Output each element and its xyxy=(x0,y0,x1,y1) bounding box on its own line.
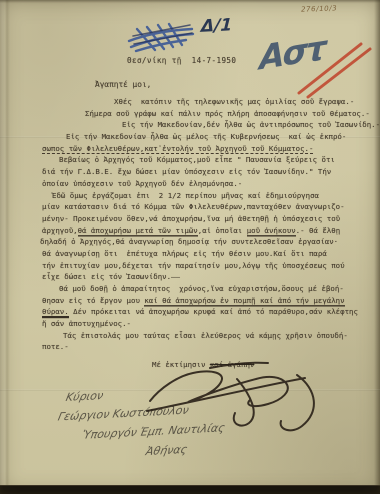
letter-line: ἀρχηγοῦ,θά ἀποχωρήσω μετά τῶν τιμῶν,αἱ ὁ… xyxy=(42,225,380,237)
routing-mark: Δ/1 xyxy=(200,15,232,37)
text-segment: μοῦ ἀνήκουν xyxy=(247,226,296,235)
letter-line: ἤ σάν ἀποτυχημένος.- xyxy=(42,318,380,330)
text-segment: καί ἀγάπην xyxy=(210,360,255,369)
text-segment: Δέν πρόκειται νά ἀποχωρήσω κρυφά καί ἀπό… xyxy=(69,307,358,316)
text-segment: Θά μοῦ δοθῇ ὁ ἀπαραίτητος χρόνος,ἵνα εὐχ… xyxy=(59,284,344,293)
letter-line: Σήμερα σοῦ γράφω καί πάλιν πρός πλήρη ἀπ… xyxy=(85,108,380,120)
letter-line: θά ἀναγνωρίσῃ ὅτι ἐπέτυχα πλήρως εἰς τήν… xyxy=(42,248,380,260)
text-segment: θύραν. xyxy=(42,307,69,316)
salutation: Ἀγαπητέ μοι, xyxy=(95,80,151,89)
letter-line: εἶχε δώσει εἰς τόν Ἰασωνίδην.—— xyxy=(42,271,380,283)
text-segment: δηλαδή ὁ Ἀρχηγός,θά ἀναγνωρίσῃ δημοσίᾳ τ… xyxy=(40,237,338,246)
letter-line: τήν ἐπιτυχίαν μου,δέχεται τήν παραίτησίν… xyxy=(42,260,380,272)
text-segment: Εἰς τήν Μακεδονίαν,δέν ἦλθα ὡς ἀντιπρόσω… xyxy=(122,120,380,129)
letter-line: θησαν εἰς τό ἔργον μου καί θά ἀποχωρήσω … xyxy=(42,295,380,307)
fold-crease xyxy=(0,389,380,391)
text-segment: Βεβαίως ὁ Ἀρχηγός τοῦ Κόμματος,μοῦ εἶπε … xyxy=(59,155,335,164)
text-segment: Σήμερα σοῦ γράφω καί πάλιν πρός πλήρη ἀπ… xyxy=(85,109,370,118)
text-segment: ἤ σάν ἀποτυχημένος.- xyxy=(42,319,131,328)
address-line-recipient-office: Ὑπουργόν Ἐμπ. Ναυτιλίας xyxy=(81,421,226,442)
cancelled-stamp-crosslines xyxy=(133,25,192,44)
letter-line: Χθές κατόπιν τῆς τηλεφωνικῆς μας ὁμιλίας… xyxy=(114,96,380,108)
text-segment: μίαν κατάστασιν διά τό Κόμμα τῶν Φιλελευ… xyxy=(42,202,345,211)
letter-line: ὁποίαν ὑπόσχεσιν τοῦ Ἀρχηγοῦ δέν ἐλησμόν… xyxy=(42,178,380,190)
signature-scrawl xyxy=(147,363,314,431)
letter-line: ποτε.- xyxy=(42,341,380,353)
text-segment: τήν ἐπιτυχίαν μου,δέχεται τήν παραίτησίν… xyxy=(42,261,345,270)
letter-line: Βεβαίως ὁ Ἀρχηγός τοῦ Κόμματος,μοῦ εἶπε … xyxy=(59,154,380,166)
closing-valediction: Μέ ἐκτίμησιν καί ἀγάπην xyxy=(152,360,254,369)
letter-line: διά τήν Γ.Δ.Β.Ε. ἔχω δώσει μίαν ὑπόσχεσι… xyxy=(42,166,380,178)
address-line-city: Ἀθήνας xyxy=(145,443,189,458)
dateline: Θεσ/νίκη τῇ 14-7-1950 xyxy=(127,56,236,65)
text-segment: μένην- Προκειμένου ὅθεν,νά ἀποχωρήσω,ἵνα… xyxy=(42,214,340,223)
scan-edge-band xyxy=(0,485,380,494)
text-segment: Μέ ἐκτίμησιν xyxy=(152,360,210,369)
letter-line: μίαν κατάστασιν διά τό Κόμμα τῶν Φιλελευ… xyxy=(42,201,380,213)
letter-line: Ἐδῶ ὅμως ἐργάζομαι ἐπι 2 1/2 περίπου μῆν… xyxy=(52,190,380,202)
text-segment: Ἐδῶ ὅμως ἐργάζομαι ἐπι 2 1/2 περίπου μῆν… xyxy=(52,191,319,200)
paper-top-edge xyxy=(0,0,380,3)
approval-initials: Αστ xyxy=(259,28,325,78)
text-segment: διά τήν Γ.Δ.Β.Ε. ἔχω δώσει μίαν ὑπόσχεσι… xyxy=(42,167,331,176)
letter-line: Εἰς τήν Μακεδονίαν,δέν ἦλθα ὡς ἀντιπρόσω… xyxy=(122,119,380,131)
text-segment: Χθές κατόπιν τῆς τηλεφωνικῆς μας ὁμιλίας… xyxy=(114,97,354,106)
text-segment: καί θά ἀποχωρήσω ἐν πομπῇ καί ἀπό τήν με… xyxy=(144,296,344,305)
letter-line: σωπος τῶν Φιλελευθέρων,κατ᾽ἐντολήν τοῦ Ἀ… xyxy=(42,143,380,155)
text-segment: θά ἀναγνωρίσῃ ὅτι ἐπέτυχα πλήρως εἰς τήν… xyxy=(42,249,327,258)
scanned-letter-page: 276/10/3 Δ/1 Αστ Θεσ/νίκη τῇ 14-7-1950 Ἀ… xyxy=(0,0,380,494)
address-line-recipient-name: Γεώργιον Κωστόπουλον xyxy=(57,403,190,423)
letter-line: δηλαδή ὁ Ἀρχηγός,θά ἀναγνωρίσῃ δημοσίᾳ τ… xyxy=(40,236,380,248)
text-segment: .- Θά ἔλθῃ xyxy=(296,226,341,235)
text-segment: ἀρχηγοῦ, xyxy=(42,226,78,235)
address-line-recipient-title: Κύριον xyxy=(65,389,105,404)
text-segment: ὁποίαν ὑπόσχεσιν τοῦ Ἀρχηγοῦ δέν ἐλησμόν… xyxy=(42,179,242,188)
text-segment: σωπος τῶν Φιλελευθέρων,κατ᾽ἐντολήν τοῦ Ἀ… xyxy=(42,144,313,155)
cancelled-stamp-scribble xyxy=(129,24,193,51)
text-segment: ,αἱ ὁποῖαι xyxy=(198,226,247,235)
archive-number: 276/10/3 xyxy=(301,4,338,13)
letter-line: μένην- Προκειμένου ὅθεν,νά ἀποχωρήσω,ἵνα… xyxy=(42,213,380,225)
letter-line: Εἰς τήν Μακεδονίαν ἦλθα ὡς μέλος τῆς Κυβ… xyxy=(66,131,380,143)
text-segment: ποτε.- xyxy=(42,342,69,351)
text-segment: θά ἀποχωρήσω μετά τῶν τιμῶν xyxy=(78,226,198,235)
text-segment: Τάς ἐπιστολάς μου ταύτας εἶσαι ἐλεύθερος… xyxy=(63,331,348,340)
text-segment: θησαν εἰς τό ἔργον μου xyxy=(42,296,144,305)
text-segment: εἶχε δώσει εἰς τόν Ἰασωνίδην.—— xyxy=(42,272,180,281)
letter-line: Θά μοῦ δοθῇ ὁ ἀπαραίτητος χρόνος,ἵνα εὐχ… xyxy=(59,283,380,295)
text-segment: Εἰς τήν Μακεδονίαν ἦλθα ὡς μέλος τῆς Κυβ… xyxy=(66,132,346,141)
letter-line: Τάς ἐπιστολάς μου ταύτας εἶσαι ἐλεύθερος… xyxy=(63,330,380,342)
letter-body: Χθές κατόπιν τῆς τηλεφωνικῆς μας ὁμιλίας… xyxy=(0,96,380,353)
letter-line: θύραν. Δέν πρόκειται νά ἀποχωρήσω κρυφά … xyxy=(42,306,380,318)
